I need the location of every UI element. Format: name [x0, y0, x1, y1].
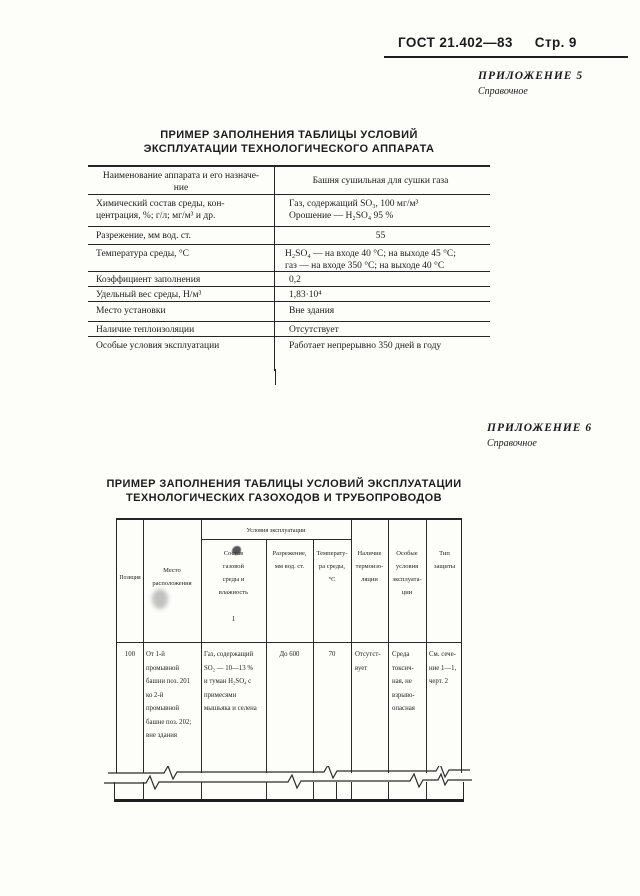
grid-line	[336, 782, 337, 799]
param-cell: Наличие теплоизоляции	[88, 322, 275, 336]
table-row: Место установки Вне здания	[88, 302, 490, 322]
pipelines-conditions-table: Условия эксплуатации Позиция Место распо…	[116, 518, 462, 773]
vacuum-cell: До 600	[266, 648, 313, 662]
smudge	[152, 589, 168, 609]
appendix6-label: ПРИЛОЖЕНИЕ 6	[487, 422, 592, 434]
gost-number: ГОСТ 21.402—83	[398, 35, 513, 50]
column-group-header: Условия эксплуатации	[201, 524, 351, 537]
table-continuation-strip	[114, 782, 464, 802]
document-page: ГОСТ 21.402—83Стр. 9 ПРИЛОЖЕНИЕ 5 Справо…	[0, 0, 640, 896]
document-header: ГОСТ 21.402—83Стр. 9	[398, 35, 577, 50]
column-divider-extension	[275, 369, 276, 385]
column-header-location: Место расположения	[143, 564, 201, 590]
grid-line	[117, 642, 461, 643]
value-cell: H₂SO₄ — на входе 40 °С; на выходе 45 °С;…	[275, 245, 490, 271]
column-footnote-mark: 1	[201, 613, 266, 626]
position-cell: 100	[117, 648, 143, 662]
column-header-special-conditions: Особые условия эксплуата- ции	[388, 547, 426, 599]
grid-line	[388, 782, 389, 799]
value-cell: Работает непрерывно 350 дней в году	[275, 337, 490, 371]
header-rule	[384, 56, 628, 58]
grid-line	[201, 539, 351, 540]
value-header-cell: Башня сушильная для сушки газа	[275, 167, 490, 194]
title-line: ПРИМЕР ЗАПОЛНЕНИЯ ТАБЛИЦЫ УСЛОВИЙ ЭКСПЛУ…	[64, 477, 504, 491]
table-row: Коэффициент заполнения 0,2	[88, 272, 490, 287]
param-cell: Химический состав среды, кон- центрация,…	[88, 195, 275, 226]
value-cell: 1,83·10⁴	[275, 287, 490, 301]
param-header-cell: Наименование аппарата и его назначе- ние	[88, 167, 275, 194]
param-cell: Удельный вес среды, Н/м³	[88, 287, 275, 301]
appendix6-note: Справочное	[487, 438, 537, 449]
grid-line	[143, 782, 144, 799]
appendix6-title: ПРИМЕР ЗАПОЛНЕНИЯ ТАБЛИЦЫ УСЛОВИЙ ЭКСПЛУ…	[64, 477, 504, 505]
value-cell: 0,2	[275, 272, 490, 286]
table-row: Удельный вес среды, Н/м³ 1,83·10⁴	[88, 287, 490, 302]
param-cell: Разрежение, мм вод. ст.	[88, 227, 275, 244]
table-row: Наличие теплоизоляции Отсутствует	[88, 322, 490, 337]
title-line: ТЕХНОЛОГИЧЕСКИХ ГАЗОХОДОВ И ТРУБОПРОВОДО…	[64, 491, 504, 505]
title-line: ЭКСПЛУАТАЦИИ ТЕХНОЛОГИЧЕСКОГО АППАРАТА	[88, 142, 490, 156]
composition-cell: Газ, содержащий SO₂ — 10—13 % и туман H₂…	[204, 648, 265, 716]
grid-line	[426, 782, 427, 799]
page-number: Стр. 9	[535, 35, 577, 50]
grid-line	[201, 782, 202, 799]
value-cell: Газ, содержащий SO₃, 100 мг/м³ Орошение …	[275, 195, 490, 226]
grid-line	[143, 520, 144, 773]
location-cell: От 1-й промывной башни поз. 201 ко 2-й п…	[146, 648, 200, 743]
title-line: ПРИМЕР ЗАПОЛНЕНИЯ ТАБЛИЦЫ УСЛОВИЙ	[88, 128, 490, 142]
table-row: Химический состав среды, кон- центрация,…	[88, 195, 490, 227]
value-cell: 55	[275, 227, 490, 244]
table-row: Температура среды, °С H₂SO₄ — на входе 4…	[88, 245, 490, 272]
param-cell: Особые условия эксплуатации	[88, 337, 275, 371]
value-cell: Отсутствует	[275, 322, 490, 336]
column-header-temperature: Температу- ра среды, °С	[313, 547, 351, 586]
column-header-composition: Состав газовой среды и влажность	[201, 547, 266, 599]
column-header-insulation: Наличие термоизо- ляции	[351, 547, 388, 586]
insulation-cell: Отсутст- вует	[355, 648, 388, 675]
protection-type-cell: См. сече- ние 1—1, черт. 2	[429, 648, 463, 689]
temperature-cell: 70	[313, 648, 351, 662]
param-cell: Коэффициент заполнения	[88, 272, 275, 286]
value-cell: Вне здания	[275, 302, 490, 321]
column-header-vacuum: Разрежение, мм вод. ст.	[266, 547, 313, 573]
grid-line	[351, 782, 352, 799]
appendix5-label: ПРИЛОЖЕНИЕ 5	[478, 70, 583, 82]
appendix5-title: ПРИМЕР ЗАПОЛНЕНИЯ ТАБЛИЦЫ УСЛОВИЙ ЭКСПЛУ…	[88, 128, 490, 156]
column-header-position: Позиция	[117, 572, 143, 585]
apparatus-conditions-table: Наименование аппарата и его назначе- ние…	[88, 165, 490, 371]
table-header-row: Наименование аппарата и его назначе- ние…	[88, 167, 490, 195]
grid-line	[266, 782, 267, 799]
param-cell: Температура среды, °С	[88, 245, 275, 271]
column-header-protection-type: Тип защиты	[426, 547, 463, 573]
table-row: Особые условия эксплуатации Работает неп…	[88, 337, 490, 371]
appendix5-note: Справочное	[478, 86, 528, 97]
grid-line	[313, 782, 314, 799]
special-conditions-cell: Среда токсич- ная, не взрыво- опасная	[392, 648, 426, 716]
table-row: Разрежение, мм вод. ст. 55	[88, 227, 490, 245]
param-cell: Место установки	[88, 302, 275, 321]
